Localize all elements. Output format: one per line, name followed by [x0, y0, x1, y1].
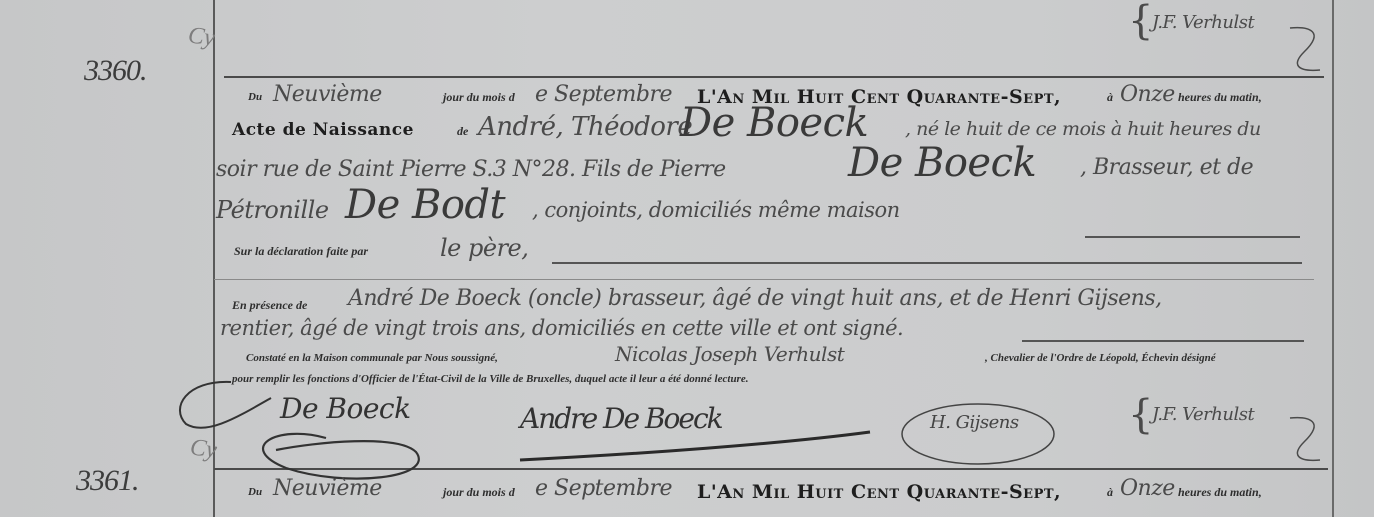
witness-signature-underline-icon — [520, 430, 880, 470]
month-value: e Septembre — [535, 82, 672, 107]
day-value: Neuvième — [273, 476, 382, 501]
witness-1-details: André De Boeck (oncle) brasseur, âgé de … — [348, 286, 1162, 311]
label-a: à — [1107, 485, 1113, 500]
margin-annotation: Cy — [186, 22, 216, 52]
label-du: Du — [248, 486, 262, 498]
signature-gijsens: H. Gijsens — [930, 412, 1019, 433]
margin-annotation: Cy — [188, 434, 218, 464]
mother-given-name: Pétronille — [216, 196, 329, 224]
signature-flourish-icon — [1290, 26, 1330, 76]
top-officer-signature: J.F. Verhulst — [1152, 12, 1254, 33]
fill-line — [1085, 236, 1300, 238]
label-du: Du — [248, 91, 262, 103]
label-heures-du-matin: heures du matin, — [1178, 485, 1262, 500]
label-heures-du-matin: heures du matin, — [1178, 90, 1262, 105]
day-value: Neuvième — [273, 82, 382, 107]
hour-value: Onze — [1120, 82, 1175, 107]
right-margin-rule — [1332, 0, 1334, 517]
officer-name: Nicolas Joseph Verhulst — [615, 342, 844, 366]
officer-title: , Chevalier de l'Ordre de Léopold, Échev… — [985, 352, 1216, 364]
child-surname: De Boeck — [680, 100, 868, 146]
constate-text: Constaté en la Maison communale par Nous… — [246, 352, 498, 364]
fill-line — [552, 262, 1302, 264]
hour-value: Onze — [1120, 476, 1175, 501]
father-occupation: , Brasseur, et de — [1080, 155, 1253, 180]
witness-2-details: rentier, âgé de vingt trois ans, domicil… — [220, 316, 903, 340]
label-jour-du-mois: jour du mois d — [443, 485, 515, 500]
label-jour-du-mois: jour du mois d — [443, 90, 515, 105]
acte-de-naissance-heading: Acte de Naissance — [232, 120, 414, 140]
label-de: de — [457, 124, 468, 139]
signature-flourish-icon — [1290, 416, 1330, 466]
fill-line — [1022, 340, 1304, 342]
father-surname: De Boeck — [848, 140, 1036, 186]
signature-brace: { — [1128, 392, 1153, 438]
mother-surname: De Bodt — [345, 182, 505, 228]
entry-number: 3361. — [76, 464, 139, 498]
label-en-presence-de: En présence de — [232, 298, 307, 313]
signature-de-boeck: De Boeck — [280, 392, 411, 425]
declarant-value: le père, — [440, 234, 528, 262]
label-a: à — [1107, 90, 1113, 105]
year-text: L'An Mil Huit Cent Quarante-Sept, — [697, 481, 1061, 503]
signature-brace: { — [1128, 0, 1153, 44]
birth-address-and-father: soir rue de Saint Pierre S.3 N°28. Fils … — [216, 157, 726, 182]
gijsens-signature-oval-icon — [900, 400, 1060, 470]
birth-detail: , né le huit de ce mois à huit heures du — [905, 118, 1261, 140]
month-value: e Septembre — [535, 476, 672, 501]
signature-verhulst: J.F. Verhulst — [1152, 404, 1254, 425]
parents-residence: , conjoints, domiciliés même maison — [532, 198, 900, 222]
entry-number: 3360. — [84, 54, 147, 88]
entry-separator-top — [224, 76, 1324, 78]
child-given-names: André, Théodore — [478, 112, 692, 142]
fill-line — [214, 279, 1314, 280]
label-declaration: Sur la déclaration faite par — [234, 244, 368, 259]
register-page: { J.F. Verhulst 3360. Cy Du Neuvième jou… — [0, 0, 1374, 517]
